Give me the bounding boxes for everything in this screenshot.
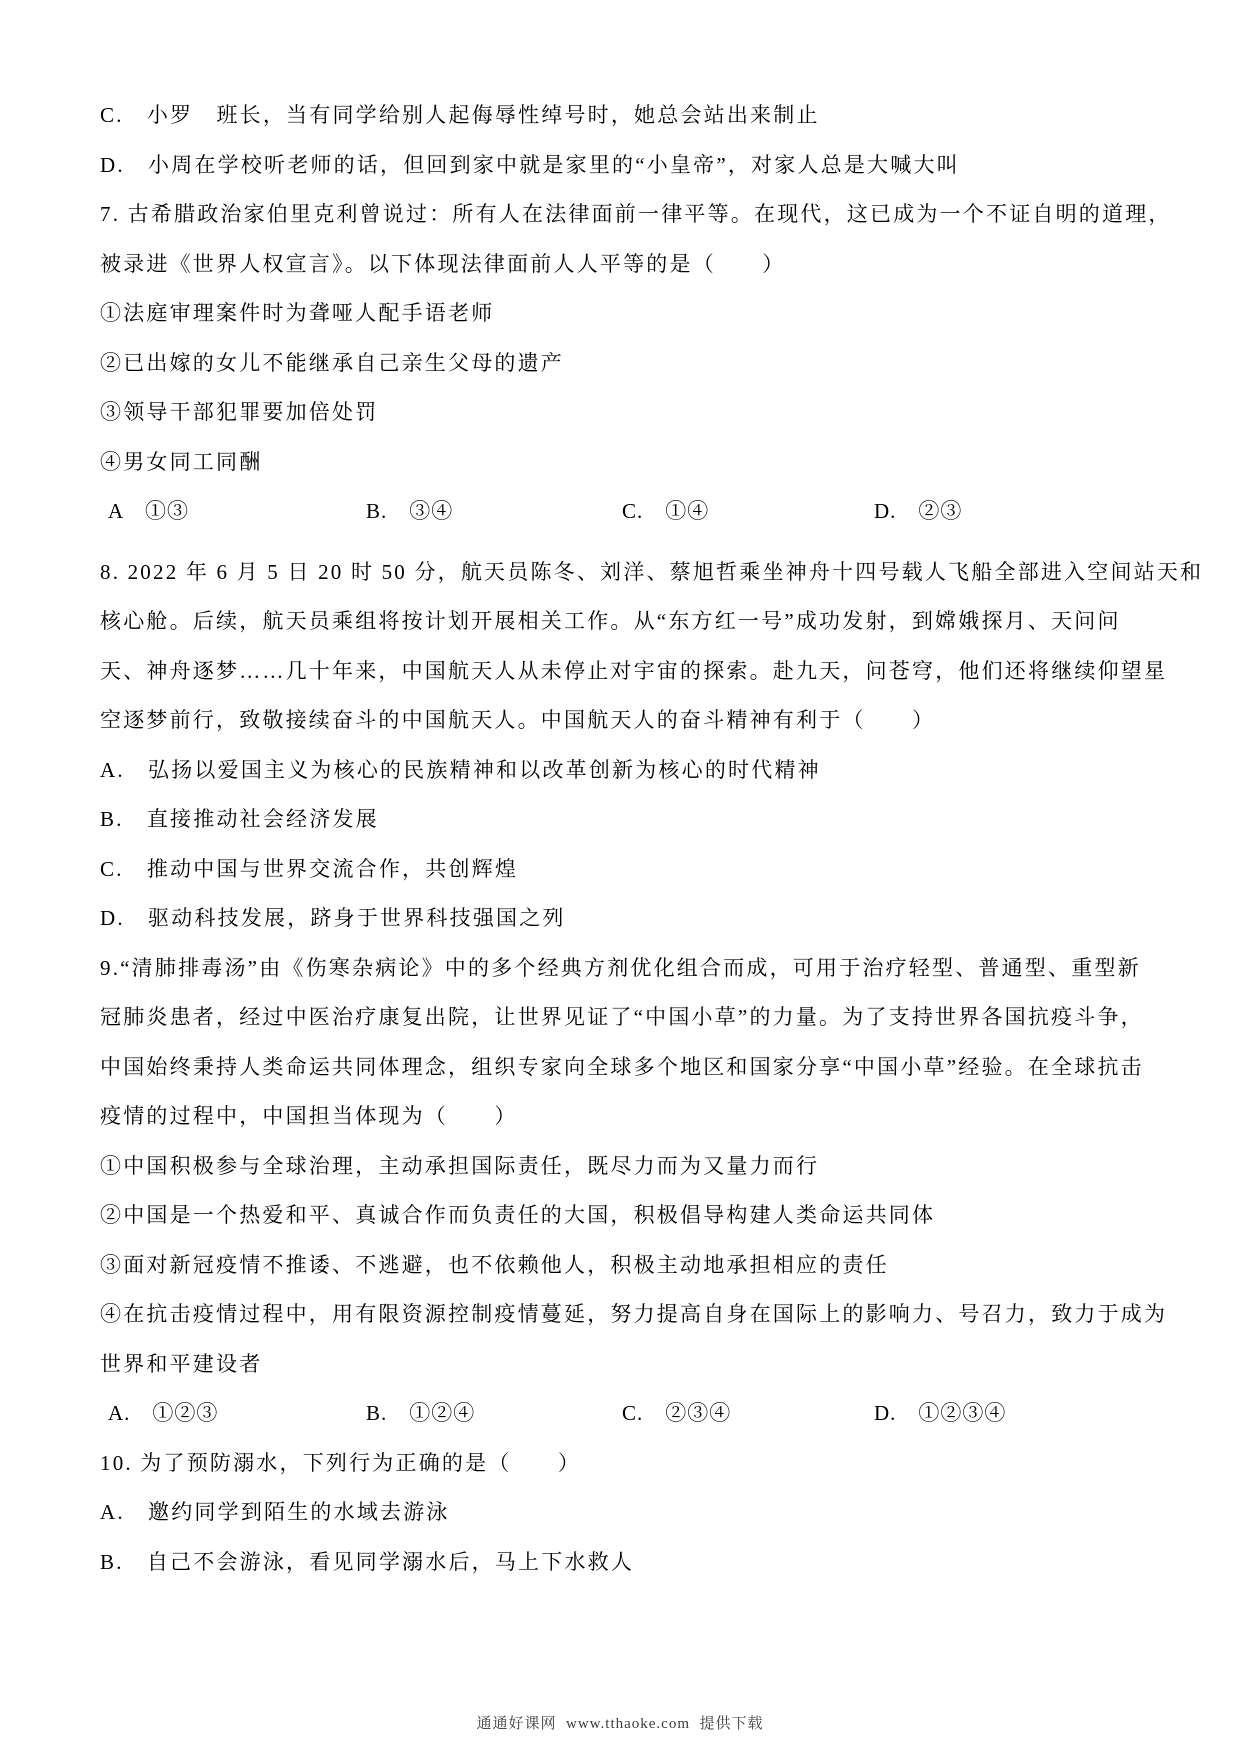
q9-item-4-continuation: 世界和平建设者 bbox=[100, 1340, 1144, 1390]
q7-option-c: C. ①④ bbox=[622, 487, 709, 537]
q6-option-d: D. 小周在学校听老师的话，但回到家中就是家里的“小皇帝”，对家人总是大喊大叫 bbox=[100, 141, 1144, 191]
q9-item-4: ④在抗击疫情过程中，用有限资源控制疫情蔓延，努力提高自身在国际上的影响力、号召力… bbox=[100, 1290, 1144, 1340]
q8-stem-line-1: 8. 2022 年 6 月 5 日 20 时 50 分，航天员陈冬、刘洋、蔡旭哲… bbox=[100, 548, 1144, 598]
q9-stem-line-4: 疫情的过程中，中国担当体现为（ ） bbox=[100, 1092, 1144, 1142]
q8-stem-line-2: 核心舱。后续，航天员乘组将按计划开展相关工作。从“东方红一号”成功发射，到嫦娥探… bbox=[100, 597, 1144, 647]
q8-option-b: B. 直接推动社会经济发展 bbox=[100, 795, 1144, 845]
q7-options-row: A ①③ B. ③④ C. ①④ D. ②③ bbox=[100, 487, 1144, 537]
q9-stem-line-1: 9.“清肺排毒汤”由《伤寒杂病论》中的多个经典方剂优化组合而成，可用于治疗轻型、… bbox=[100, 944, 1144, 994]
q9-item-3: ③面对新冠疫情不推诿、不逃避，也不依赖他人，积极主动地承担相应的责任 bbox=[100, 1241, 1144, 1291]
q7-item-1: ①法庭审理案件时为聋哑人配手语老师 bbox=[100, 289, 1144, 339]
q7-item-3: ③领导干部犯罪要加倍处罚 bbox=[100, 388, 1144, 438]
q8-stem-line-3: 天、神舟逐梦……几十年来，中国航天人从未停止对宇宙的探索。赴九天，问苍穹，他们还… bbox=[100, 647, 1144, 697]
q9-item-1: ①中国积极参与全球治理，主动承担国际责任，既尽力而为又量力而行 bbox=[100, 1142, 1144, 1192]
q10-option-a: A. 邀约同学到陌生的水域去游泳 bbox=[100, 1488, 1144, 1538]
q10-stem: 10. 为了预防溺水，下列行为正确的是（ ） bbox=[100, 1439, 1144, 1489]
q9-option-c: C. ②③④ bbox=[622, 1389, 731, 1439]
q7-item-2: ②已出嫁的女儿不能继承自己亲生父母的遗产 bbox=[100, 339, 1144, 389]
q8-option-c: C. 推动中国与世界交流合作，共创辉煌 bbox=[100, 845, 1144, 895]
q9-stem-line-2: 冠肺炎患者，经过中医治疗康复出院，让世界见证了“中国小草”的力量。为了支持世界各… bbox=[100, 993, 1144, 1043]
q9-option-a: A. ①②③ bbox=[108, 1389, 218, 1439]
q10-option-b: B. 自己不会游泳，看见同学溺水后，马上下水救人 bbox=[100, 1538, 1144, 1588]
q9-option-b: B. ①②④ bbox=[366, 1389, 475, 1439]
q7-stem-line-1: 7. 古希腊政治家伯里克利曾说过：所有人在法律面前一律平等。在现代，这已成为一个… bbox=[100, 190, 1144, 240]
q7-item-4: ④男女同工同酬 bbox=[100, 438, 1144, 488]
q8-option-a: A. 弘扬以爱国主义为核心的民族精神和以改革创新为核心的时代精神 bbox=[100, 746, 1144, 796]
document-page: C. 小罗 班长，当有同学给别人起侮辱性绰号时，她总会站出来制止 D. 小周在学… bbox=[0, 0, 1240, 1754]
q7-option-a: A ①③ bbox=[108, 487, 189, 537]
q9-options-row: A. ①②③ B. ①②④ C. ②③④ D. ①②③④ bbox=[100, 1389, 1144, 1439]
q8-stem-line-4: 空逐梦前行，致敬接续奋斗的中国航天人。中国航天人的奋斗精神有利于（ ） bbox=[100, 696, 1144, 746]
q9-stem-line-3: 中国始终秉持人类命运共同体理念，组织专家向全球多个地区和国家分享“中国小草”经验… bbox=[100, 1043, 1144, 1093]
q7-option-d: D. ②③ bbox=[874, 487, 962, 537]
q9-option-d: D. ①②③④ bbox=[874, 1389, 1006, 1439]
exam-content: C. 小罗 班长，当有同学给别人起侮辱性绰号时，她总会站出来制止 D. 小周在学… bbox=[100, 91, 1144, 1587]
footer-watermark: 通通好课网 www.tthaoke.com 提供下载 bbox=[0, 1712, 1240, 1733]
q6-option-c: C. 小罗 班长，当有同学给别人起侮辱性绰号时，她总会站出来制止 bbox=[100, 91, 1144, 141]
q9-item-2: ②中国是一个热爱和平、真诚合作而负责任的大国，积极倡导构建人类命运共同体 bbox=[100, 1191, 1144, 1241]
q8-option-d: D. 驱动科技发展，跻身于世界科技强国之列 bbox=[100, 894, 1144, 944]
q7-stem-line-2: 被录进《世界人权宣言》。以下体现法律面前人人平等的是（ ） bbox=[100, 240, 1144, 290]
q7-option-b: B. ③④ bbox=[366, 487, 453, 537]
